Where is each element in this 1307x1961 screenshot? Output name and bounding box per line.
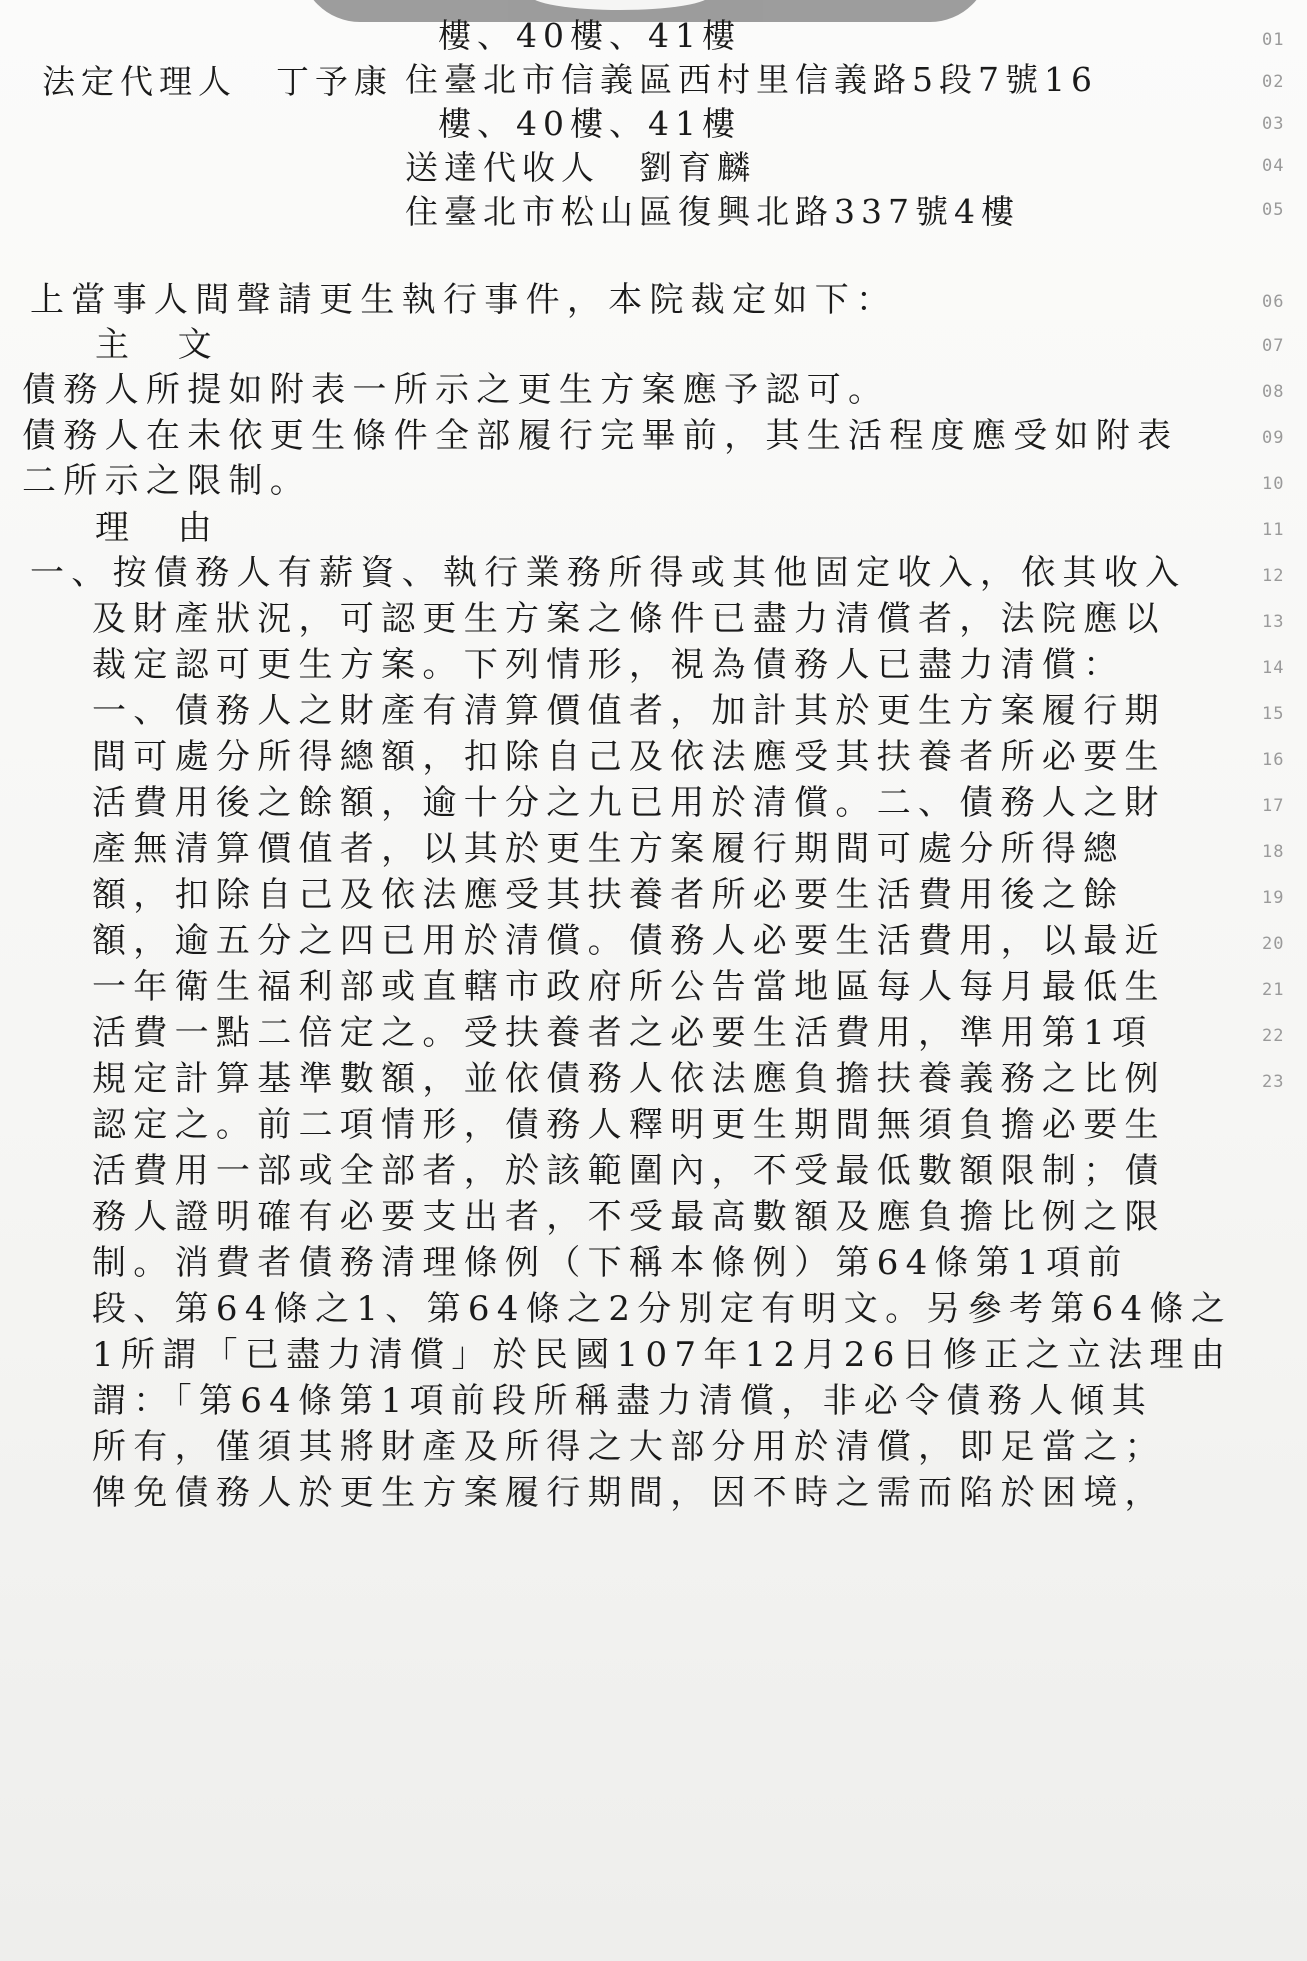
line-number: 14 xyxy=(1262,658,1284,678)
reason-line: 間可處分所得總額，扣除自己及依法應受其扶養者所必要生 xyxy=(92,737,1166,777)
line-number: 20 xyxy=(1262,934,1284,954)
header-line-01: 樓、40樓、41樓 xyxy=(438,16,741,56)
reason-line: 所有，僅須其將財產及所得之大部分用於清償，即足當之； xyxy=(92,1427,1166,1467)
reason-line: 規定計算基準數額，並依債務人依法應負擔扶養義務之比例 xyxy=(92,1059,1166,1099)
header-line-02: 住臺北市信義區西村里信義路5段7號16 xyxy=(405,60,1098,100)
main-line: 債務人所提如附表一所示之更生方案應予認可。 xyxy=(22,370,889,410)
line-number: 01 xyxy=(1262,30,1284,50)
line-number: 15 xyxy=(1262,704,1284,724)
reason-line: 額，扣除自己及依法應受其扶養者所必要生活費用後之餘 xyxy=(92,875,1125,915)
line-number: 23 xyxy=(1262,1072,1284,1092)
reason-line: 俾免債務人於更生方案履行期間，因不時之需而陷於困境， xyxy=(92,1473,1166,1513)
line-number: 06 xyxy=(1262,292,1284,312)
intro-line: 上當事人間聲請更生執行事件，本院裁定如下： xyxy=(30,280,897,320)
reason-line: 務人證明確有必要支出者，不受最高數額及應負擔比例之限 xyxy=(92,1197,1166,1237)
reason-line: 裁定認可更生方案。下列情形，視為債務人已盡力清償： xyxy=(92,645,1125,685)
legal-agent-label: 法定代理人 丁予康 xyxy=(42,62,393,102)
reason-line: 額，逾五分之四已用於清償。債務人必要生活費用，以最近 xyxy=(92,921,1166,961)
document-page: 樓、40樓、41樓 法定代理人 丁予康 住臺北市信義區西村里信義路5段7號16 … xyxy=(0,0,1307,1961)
line-number: 02 xyxy=(1262,72,1284,92)
line-number: 16 xyxy=(1262,750,1284,770)
line-number: 09 xyxy=(1262,428,1284,448)
line-number: 17 xyxy=(1262,796,1284,816)
reason-line: 及財產狀況，可認更生方案之條件已盡力清償者，法院應以 xyxy=(92,599,1166,639)
reason-line: 活費用後之餘額，逾十分之九已用於清償。二、債務人之財 xyxy=(92,783,1166,823)
reason-line: 一年衛生福利部或直轄市政府所公告當地區每人每月最低生 xyxy=(92,967,1166,1007)
reason-line: 一、債務人之財產有清算價值者，加計其於更生方案履行期 xyxy=(92,691,1166,731)
reason-line: 產無清算價值者，以其於更生方案履行期間可處分所得總 xyxy=(92,829,1125,869)
reason-line: 制。消費者債務清理條例（下稱本條例）第64條第1項前 xyxy=(92,1243,1129,1283)
line-number: 04 xyxy=(1262,156,1284,176)
line-number: 07 xyxy=(1262,336,1284,356)
reason-line: 謂：「第64條第1項前段所稱盡力清償，非必令債務人傾其 xyxy=(92,1381,1153,1421)
line-number: 22 xyxy=(1262,1026,1284,1046)
line-number: 11 xyxy=(1262,520,1284,540)
header-line-03: 樓、40樓、41樓 xyxy=(438,104,741,144)
main-line: 二所示之限制。 xyxy=(22,461,311,501)
line-number: 05 xyxy=(1262,200,1284,220)
reason-line: 活費一點二倍定之。受扶養者之必要生活費用，準用第1項 xyxy=(92,1013,1153,1053)
reason-line: 1所謂「已盡力清償」於民國107年12月26日修正之立法理由 xyxy=(92,1335,1232,1375)
line-number: 13 xyxy=(1262,612,1284,632)
reason-line: 段、第64條之1、第64條之2分別定有明文。另參考第64條之 xyxy=(92,1289,1232,1329)
line-number: 19 xyxy=(1262,888,1284,908)
line-number: 03 xyxy=(1262,114,1284,134)
header-line-05: 住臺北市松山區復興北路337號4樓 xyxy=(405,192,1020,232)
line-number: 12 xyxy=(1262,566,1284,586)
line-number: 10 xyxy=(1262,474,1284,494)
line-number: 21 xyxy=(1262,980,1284,1000)
reason-line: 認定之。前二項情形，債務人釋明更生期間無須負擔必要生 xyxy=(92,1105,1166,1145)
reason-heading: 理 由 xyxy=(95,508,219,548)
line-number: 08 xyxy=(1262,382,1284,402)
reason-line: 一、按債務人有薪資、執行業務所得或其他固定收入，依其收入 xyxy=(30,553,1186,593)
line-number: 18 xyxy=(1262,842,1284,862)
reason-line: 活費用一部或全部者，於該範圍內，不受最低數額限制；債 xyxy=(92,1151,1166,1191)
service-agent-label: 送達代收人 劉育麟 xyxy=(405,148,756,188)
main-line: 債務人在未依更生條件全部履行完畢前，其生活程度應受如附表 xyxy=(22,416,1178,456)
main-heading: 主 文 xyxy=(95,325,219,365)
